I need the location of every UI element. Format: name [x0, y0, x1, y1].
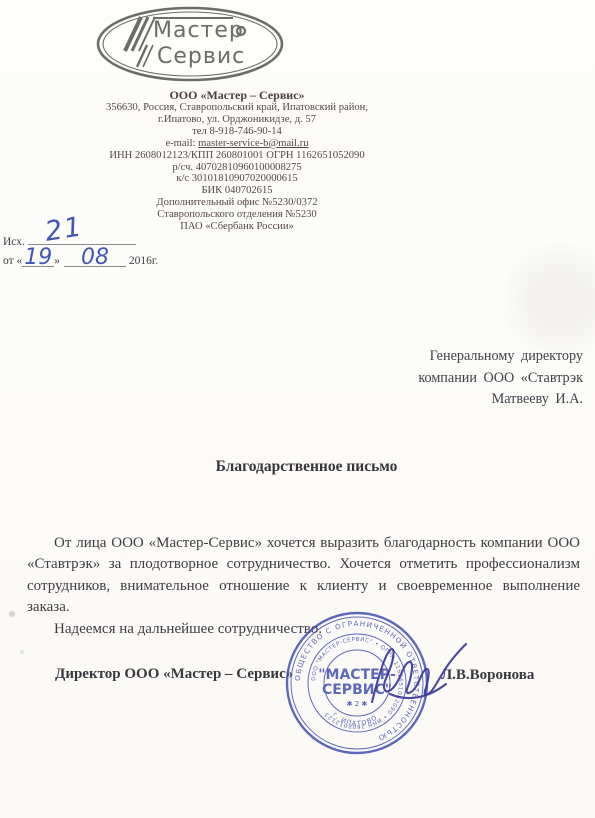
scanned-letter-page: Мастер Сервис ООО «Мастер – Сервис» 3566… [0, 0, 595, 818]
outgoing-label: Исх. [3, 236, 25, 248]
logo-word-bottom: Сервис [157, 44, 245, 69]
email-label: e-mail: [165, 138, 198, 149]
handwritten-month: 08 [81, 253, 109, 263]
corr-account-line: к/с 30101810907020000615 [37, 173, 437, 185]
inn-line: ИНН 2608012123/КПП 260801001 ОГРН 116265… [37, 150, 437, 162]
recipient-line-1: Генеральному директору [418, 346, 583, 368]
handwritten-signature [360, 634, 472, 720]
logo-slashes-icon [125, 17, 155, 67]
recipient-line-2: компании ООО «Ставтрэк [418, 368, 583, 390]
handwritten-day: 19 [24, 253, 52, 263]
date-from-label: от « [3, 255, 22, 267]
company-name: ООО «Мастер – Сервис» [37, 88, 437, 102]
account-line: р/сч. 40702810960100008275 [37, 162, 437, 174]
outgoing-number-blank-line [28, 234, 136, 245]
company-logo: Мастер Сервис [95, 5, 285, 83]
address-line-1: 356630, Россия, Ставропольский край, Ипа… [37, 102, 437, 114]
date-quote-close: » [54, 255, 60, 267]
letter-title: Благодарственное письмо [0, 458, 595, 476]
email-address: master-service-b@mail.ru [198, 138, 308, 149]
date-year: 2016г. [129, 255, 158, 267]
date-day-blank: 19 [22, 256, 54, 267]
logo-word-top: Мастер [153, 18, 244, 43]
recipient-block: Генеральному директору компании ООО «Ста… [418, 346, 583, 411]
address-line-2: г.Ипатово, ул. Орджоникидзе, д. 57 [37, 114, 437, 126]
outgoing-number-block: 21 Исх. от «19»08 2016г. [3, 228, 158, 267]
recipient-line-3: Матвееву И.А. [418, 389, 583, 411]
email-line: e-mail: master-service-b@mail.ru [37, 138, 437, 150]
date-month-blank: 08 [64, 256, 126, 267]
letterhead: ООО «Мастер – Сервис» 356630, Россия, Ст… [37, 88, 437, 233]
bik-line: БИК 040702615 [37, 185, 437, 197]
phone-line: тел 8-918-746-90-14 [37, 126, 437, 138]
signer-position: Директор ООО «Мастер – Сервис» [55, 666, 293, 683]
branch-line: Ставропольского отделения №5230 [37, 209, 437, 221]
outgoing-date-row: от «19»08 2016г. [3, 255, 158, 267]
body-paragraph-1: От лица ООО «Мастер-Сервис» хочется выра… [27, 533, 580, 619]
office-line: Дополнительный офис №5230/0372 [37, 197, 437, 209]
